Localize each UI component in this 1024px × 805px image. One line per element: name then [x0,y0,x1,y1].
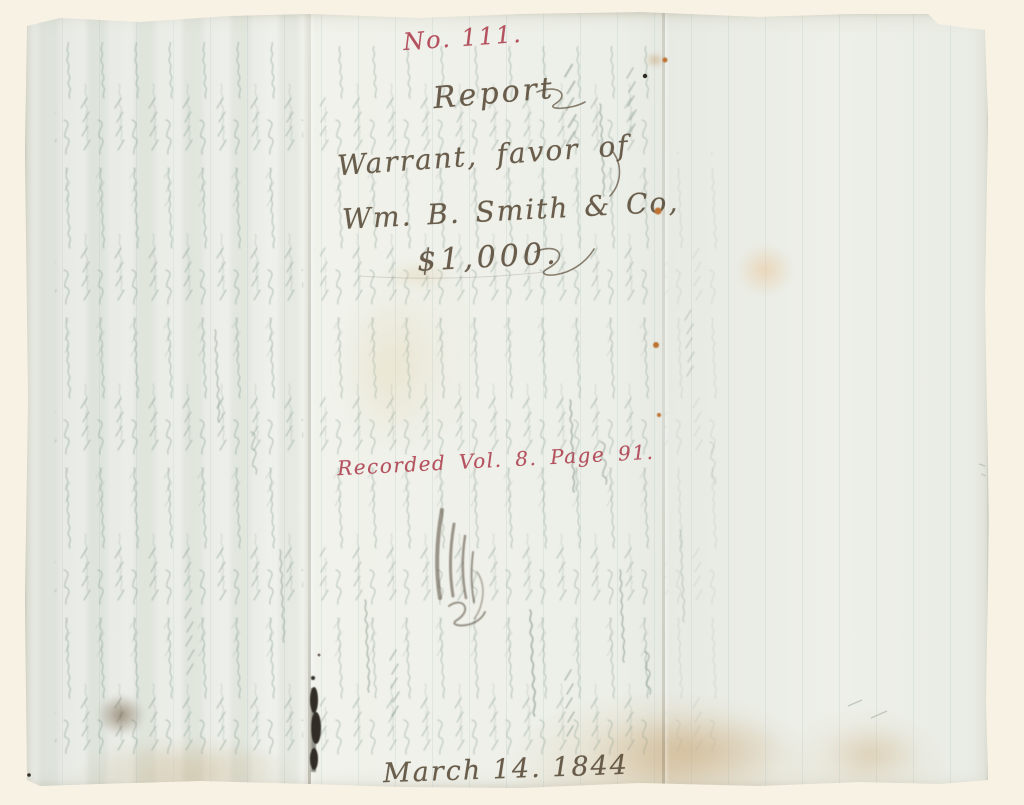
scan-background: No. 111. Report Warrant, favor of Wm. B.… [0,0,1024,805]
paper-sheet: No. 111. Report Warrant, favor of Wm. B.… [25,12,990,790]
paper-edge-vignette [25,12,990,790]
